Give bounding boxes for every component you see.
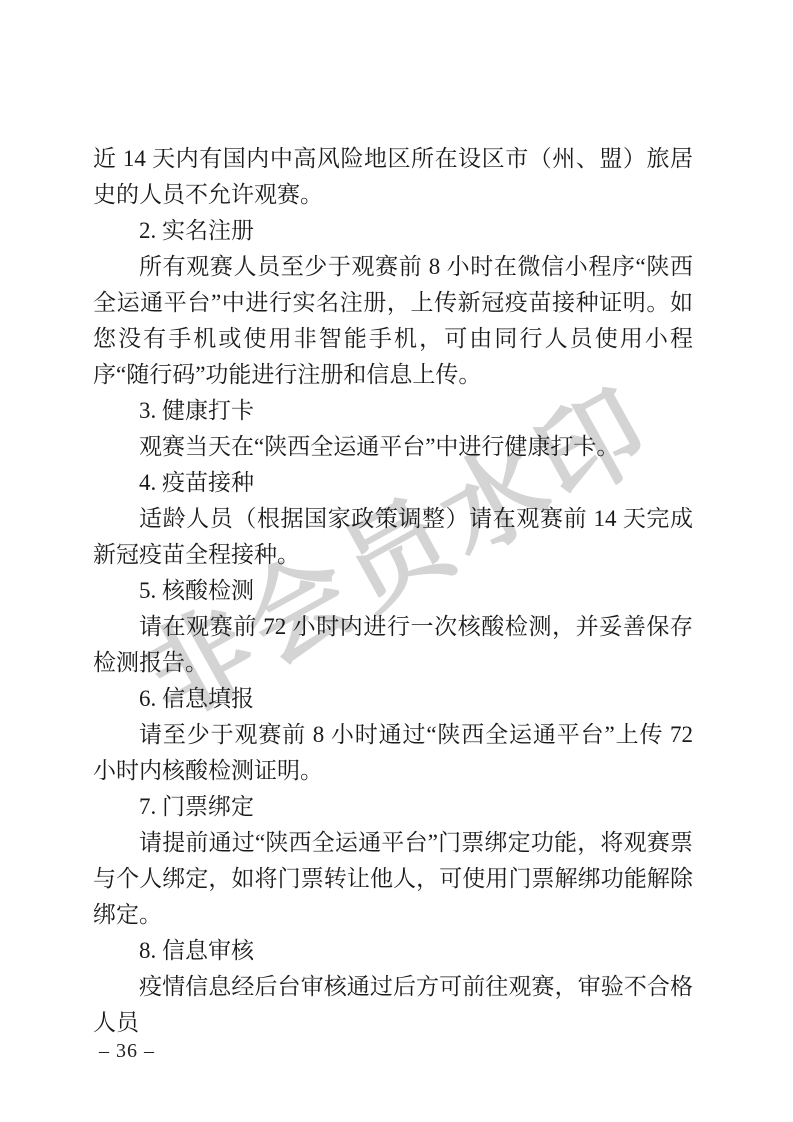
heading-8-info-review: 8. 信息审核 <box>93 933 693 969</box>
document-page: 非会员水印 近 14 天内有国内中高风险地区所在设区市（州、盟）旅居史的人员不允… <box>0 0 793 1122</box>
heading-4-vaccination: 4. 疫苗接种 <box>93 465 693 501</box>
paragraph-real-name-registration: 所有观赛人员至少于观赛前 8 小时在微信小程序“陕西全运通平台”中进行实名注册，… <box>93 249 693 393</box>
paragraph-vaccination: 适龄人员（根据国家政策调整）请在观赛前 14 天完成新冠疫苗全程接种。 <box>93 501 693 573</box>
heading-7-ticket-binding: 7. 门票绑定 <box>93 789 693 825</box>
heading-2-real-name-registration: 2. 实名注册 <box>93 213 693 249</box>
paragraph-nucleic-acid-test: 请在观赛前 72 小时内进行一次核酸检测，并妥善保存检测报告。 <box>93 609 693 681</box>
document-body: 近 14 天内有国内中高风险地区所在设区市（州、盟）旅居史的人员不允许观赛。 2… <box>93 141 693 1041</box>
heading-3-health-checkin: 3. 健康打卡 <box>93 393 693 429</box>
heading-6-info-upload: 6. 信息填报 <box>93 681 693 717</box>
paragraph-info-review: 疫情信息经后台审核通过后方可前往观赛，审验不合格人员 <box>93 969 693 1041</box>
paragraph-health-checkin: 观赛当天在“陕西全运通平台”中进行健康打卡。 <box>93 429 693 465</box>
heading-5-nucleic-acid-test: 5. 核酸检测 <box>93 573 693 609</box>
paragraph-info-upload: 请至少于观赛前 8 小时通过“陕西全运通平台”上传 72 小时内核酸检测证明。 <box>93 717 693 789</box>
paragraph-travel-history-restriction: 近 14 天内有国内中高风险地区所在设区市（州、盟）旅居史的人员不允许观赛。 <box>93 141 693 213</box>
paragraph-ticket-binding: 请提前通过“陕西全运通平台”门票绑定功能，将观赛票与个人绑定，如将门票转让他人，… <box>93 825 693 933</box>
page-number: – 36 – <box>99 1040 155 1063</box>
